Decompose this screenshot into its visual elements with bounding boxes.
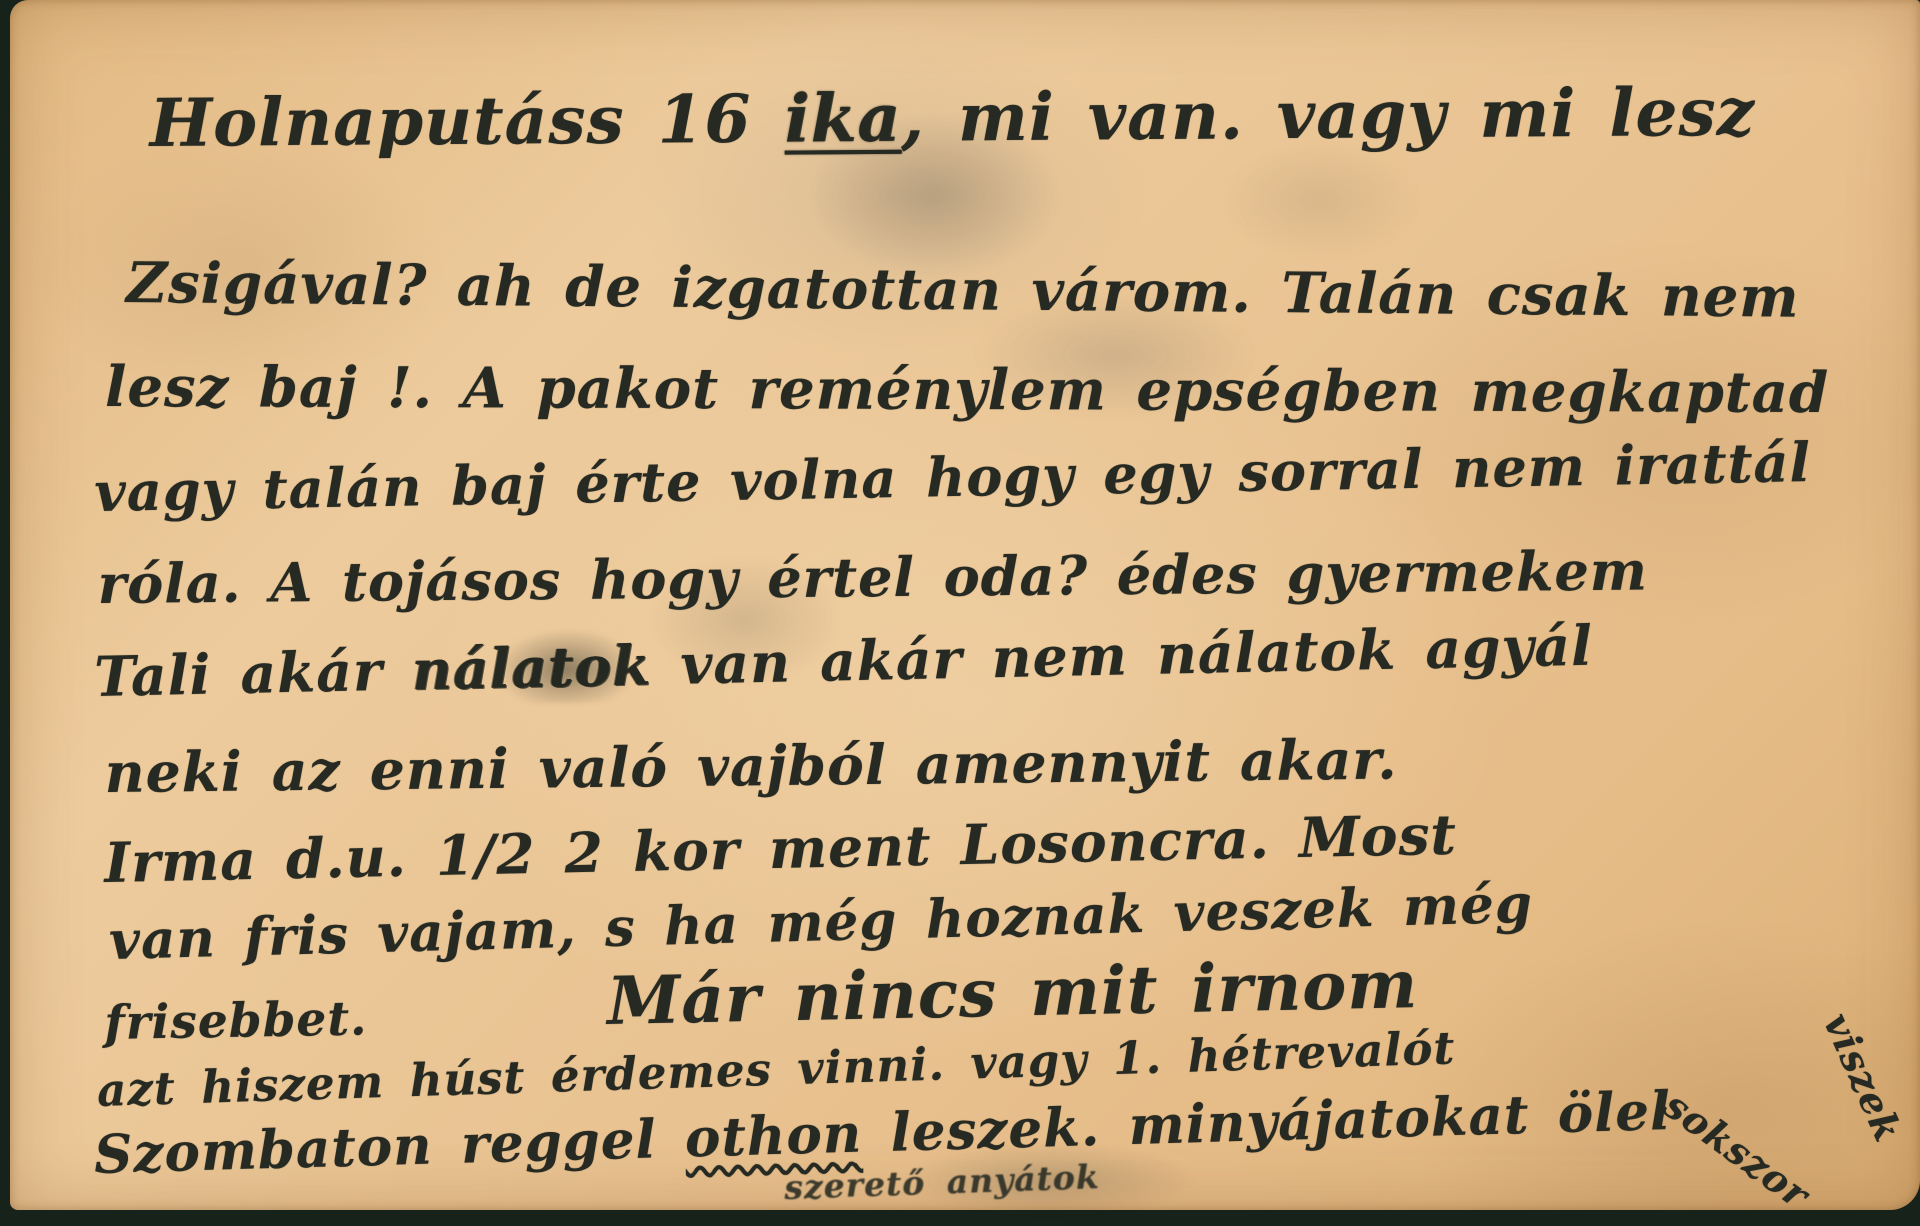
postcard-paper: Holnaputáss 16 ika, mi van. vagy mi lesz… xyxy=(10,0,1920,1210)
handwritten-line-10-left: frisebbet. xyxy=(104,991,368,1051)
ink-smudge xyxy=(1210,135,1430,265)
line12-pre: Szombaton reggel xyxy=(93,1108,686,1186)
handwritten-line-7: neki az enni való vajból amennyit akar. xyxy=(104,726,1397,805)
overwritten-word-nalatok: nálatok xyxy=(411,632,652,702)
handwritten-margin-note: viszek xyxy=(1815,1006,1911,1149)
line6-post: van akár nem nálatok agyál xyxy=(651,613,1594,698)
line6-pre: Tali akár xyxy=(94,637,413,709)
handwritten-line-1: Holnaputáss 16 ika, mi van. vagy mi lesz xyxy=(149,73,1755,162)
handwritten-line-2: Zsigával? ah de izgatottan várom. Talán … xyxy=(126,250,1800,331)
scan-background: Holnaputáss 16 ika, mi van. vagy mi lesz… xyxy=(0,0,1920,1226)
line1-post: , mi van. vagy mi lesz xyxy=(901,73,1756,157)
handwritten-line-3: lesz baj !. A pakot reménylem epségben m… xyxy=(105,354,1829,426)
underlined-word-ika: ika xyxy=(784,79,901,158)
handwritten-line-5: róla. A tojásos hogy értel oda? édes gye… xyxy=(97,538,1648,616)
handwritten-line-6: Tali akár nálatok van akár nem nálatok a… xyxy=(94,613,1594,709)
line12-post: leszek. minyájatokat ölel xyxy=(861,1080,1672,1165)
handwritten-corner-note: sokszor xyxy=(1656,1082,1819,1217)
wavy-underlined-word-othon: othon xyxy=(684,1103,863,1170)
line1-pre: Holnaputáss 16 xyxy=(149,80,784,162)
handwritten-line-4: vagy talán baj érte volna hogy egy sorra… xyxy=(94,430,1812,524)
